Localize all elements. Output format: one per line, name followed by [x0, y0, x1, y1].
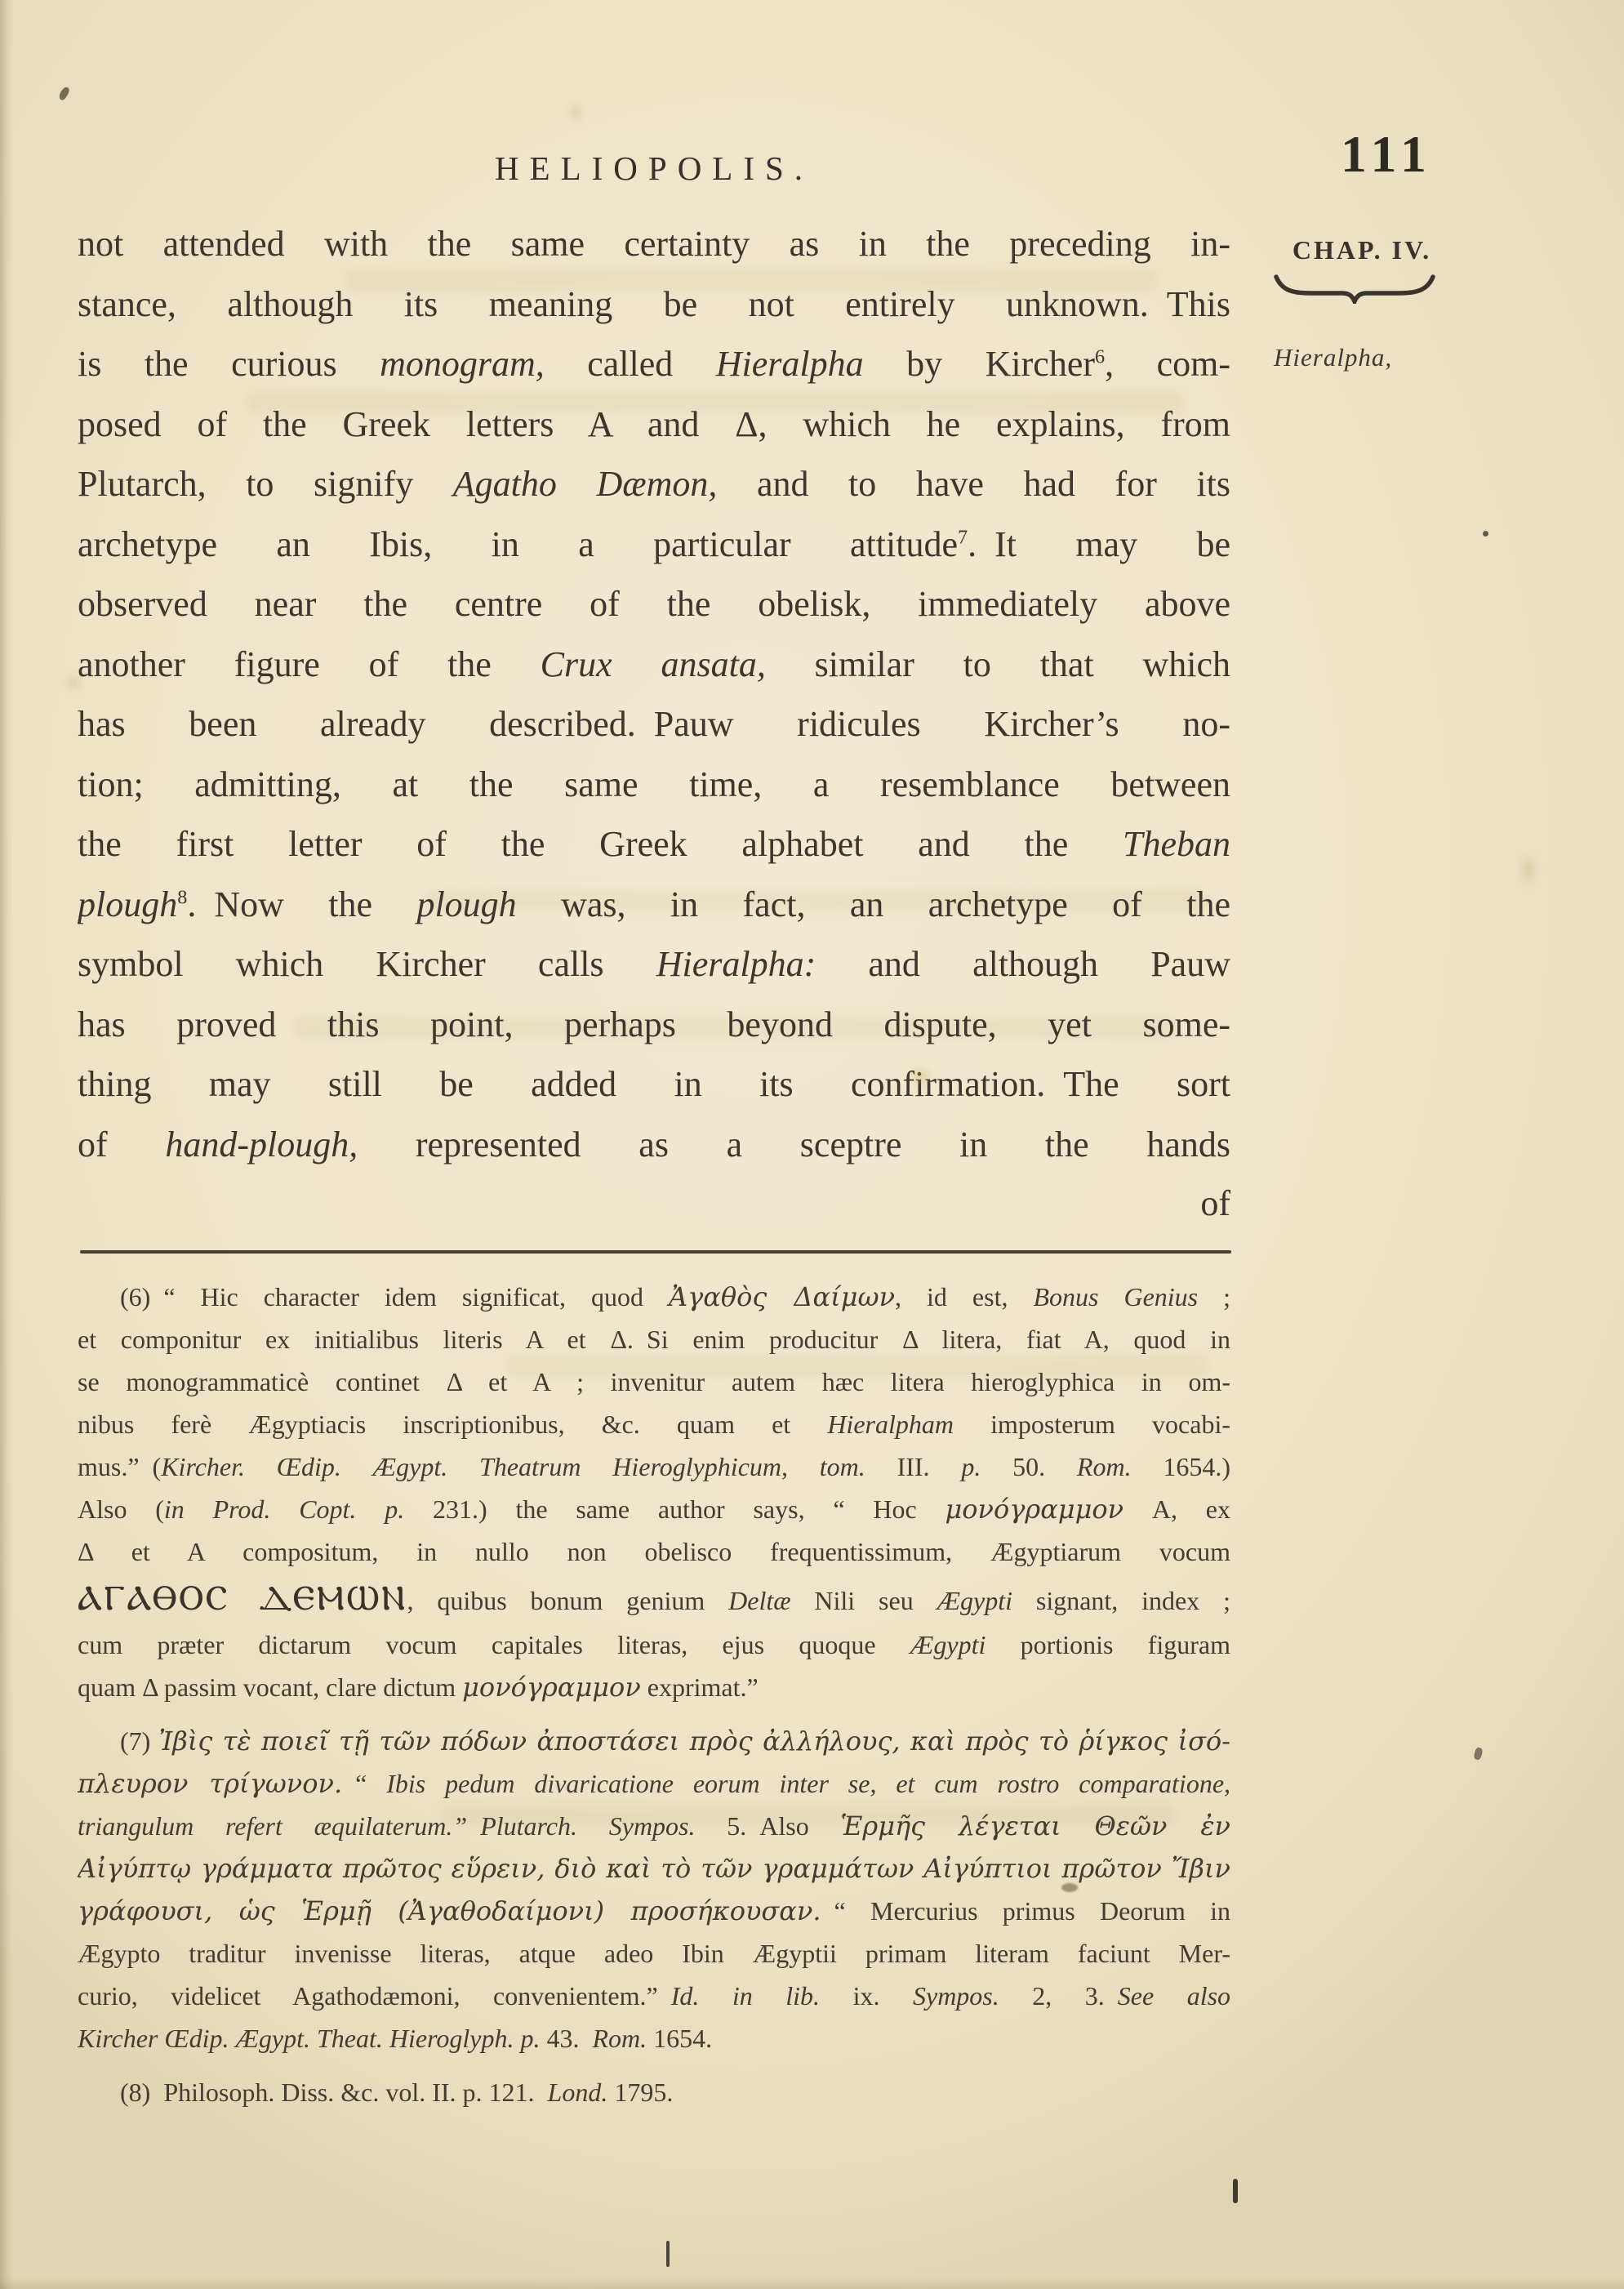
body-line: has proved this point, perhaps beyond di…: [78, 995, 1230, 1055]
text-segment: γράφουσι, ὡς Ἑρμῇ (Ἀγαθοδαίμονι) προσήκο…: [78, 1895, 821, 1926]
footnote-line: et componitur ex initialibus literis A e…: [78, 1318, 1230, 1360]
text-segment: 50.: [981, 1452, 1077, 1481]
body-line: is the curious monogram, called Hieralph…: [78, 334, 1230, 394]
footnote: (6) “ Hic character idem significat, quo…: [78, 1276, 1230, 1708]
body-line: another figure of the Crux ansata, simil…: [78, 635, 1230, 695]
paper-stain: [1524, 857, 1532, 882]
text-segment: tion; admitting, at the same time, a res…: [78, 764, 1230, 804]
body-line: tion; admitting, at the same time, a res…: [78, 755, 1230, 815]
text-segment: (6) “ Hic character idem significat, quo…: [120, 1282, 669, 1311]
ink-speck: [1473, 1747, 1483, 1761]
footnote-line: Ægypto traditur invenisse literas, atque…: [78, 1932, 1230, 1975]
text-segment: in Prod. Copt. p.: [164, 1494, 404, 1524]
text-segment: ;: [1198, 1282, 1230, 1311]
text-segment: Hieralpha: [716, 344, 864, 384]
text-segment: signant, index ;: [1012, 1586, 1230, 1615]
ink-speck: [1483, 531, 1488, 537]
text-segment: the first letter of the Greek alphabet a…: [78, 824, 1123, 864]
ink-speck: [666, 2241, 670, 2267]
text-segment: portionis figuram: [986, 1630, 1230, 1659]
text-segment: 2, 3.: [999, 1981, 1118, 2011]
paper-stain: [914, 1070, 928, 1083]
text-segment: Ἑρμῆς λέγεται Θεῶν ἐν: [840, 1810, 1230, 1841]
scan-edge-shadow: [0, 0, 13, 2289]
footnote-line: curio, videlicet Agathodæmoni, convenien…: [78, 1975, 1230, 2017]
text-segment: has been already described. Pauw ridicul…: [78, 704, 1230, 744]
text-segment: Also (: [78, 1494, 164, 1524]
body-line: archetype an Ibis, in a particular attit…: [78, 514, 1230, 575]
text-segment: III.: [865, 1452, 962, 1481]
margin-note-hieralpha: Hieralpha,: [1274, 343, 1392, 372]
text-segment: ⲀⲄⲀⲐⲞⲤ ⲆⲈⲘⲰⲚ: [78, 1578, 407, 1618]
text-segment: μονόγραμμον: [945, 1494, 1123, 1525]
text-segment: et componitur ex initialibus literis A e…: [78, 1325, 1230, 1354]
text-segment: Ægypti: [910, 1630, 986, 1659]
ink-speck: [57, 86, 71, 101]
text-segment: archetype an Ibis, in a particular attit…: [78, 524, 958, 564]
body-line: stance, although its meaning be not enti…: [78, 274, 1230, 335]
text-segment: posed of the Greek letters A and Δ, whic…: [78, 404, 1230, 444]
text-segment: nibus ferè Ægyptiacis inscriptionibus, &…: [78, 1409, 827, 1439]
text-segment: Nili seu: [791, 1586, 937, 1615]
footnote-line: (6) “ Hic character idem significat, quo…: [78, 1276, 1230, 1318]
text-segment: Rom.: [592, 2024, 647, 2053]
text-segment: “: [342, 1769, 386, 1798]
text-segment: called: [545, 344, 716, 384]
text-segment: not attended with the same certainty as …: [78, 224, 1230, 264]
text-segment: and although Pauw: [816, 944, 1230, 984]
text-segment: 6: [1095, 345, 1105, 367]
chapter-marginal: CHAP. IV.: [1264, 235, 1460, 265]
text-segment: Lond.: [548, 2077, 608, 2107]
text-segment: by Kircher: [864, 344, 1095, 384]
text-segment: cum præter dictarum vocum capitales lite…: [78, 1630, 910, 1659]
text-segment: another figure of the: [78, 644, 541, 684]
body-line: observed near the centre of the obelisk,…: [78, 574, 1230, 635]
text-segment: Plutarch. Sympos.: [480, 1811, 695, 1841]
running-head-title: HELIOPOLIS.: [78, 149, 1230, 188]
text-segment: [467, 1811, 480, 1841]
text-segment: 231.) the same author says, “ Hoc: [404, 1494, 945, 1524]
text-segment: 1654.: [647, 2024, 712, 2053]
footnote-line: Δ et A compositum, in nullo non obelisco…: [78, 1530, 1230, 1573]
footnote-separator-rule: [80, 1250, 1231, 1254]
text-segment: p.: [961, 1452, 981, 1481]
text-segment: Rom.: [1077, 1452, 1132, 1481]
footnotes: (6) “ Hic character idem significat, quo…: [78, 1276, 1230, 2113]
footnote: (8) Philosoph. Diss. &c. vol. II. p. 121…: [78, 2071, 1230, 2113]
body-line: plough8. Now the plough was, in fact, an…: [78, 875, 1230, 935]
text-segment: hand-plough,: [165, 1124, 358, 1165]
text-segment: Theban: [1123, 824, 1230, 864]
text-segment: Ægypti: [937, 1586, 1012, 1615]
body-line: the first letter of the Greek alphabet a…: [78, 814, 1230, 875]
footnote: (7) Ἰβὶς τὲ ποιεῖ τῇ τῶν πόδων ἀποστάσει…: [78, 1720, 1230, 2060]
text-segment: exprimat.”: [641, 1672, 759, 1702]
body-line: thing may still be added in its confirma…: [78, 1054, 1230, 1115]
footnote-line: Also (in Prod. Copt. p. 231.) the same a…: [78, 1488, 1230, 1530]
text-segment: symbol which Kircher calls: [78, 944, 656, 984]
text-segment: Kircher Œdip. Ægypt. Theat. Hieroglyph. …: [78, 2024, 540, 2053]
page-number: 111: [1341, 124, 1433, 185]
text-segment: plough: [78, 884, 177, 924]
footnote-line: nibus ferè Ægyptiacis inscriptionibus, &…: [78, 1403, 1230, 1445]
footnote-line: Αἰγύπτῳ γράμματα πρῶτος εὕρειν, διὸ καὶ …: [78, 1847, 1230, 1890]
paper-stain: [572, 106, 580, 118]
footnote-line: (7) Ἰβὶς τὲ ποιεῖ τῇ τῶν πόδων ἀποστάσει…: [78, 1720, 1230, 1762]
text-segment: of: [78, 1124, 165, 1165]
text-segment: quam Δ passim vocant, clare dictum: [78, 1672, 462, 1702]
ink-smudge: [1061, 1883, 1078, 1892]
footnote-line: πλευρον τρίγωνον. “ Ibis pedum divaricat…: [78, 1762, 1230, 1805]
footnote-line: ⲀⲄⲀⲐⲞⲤ ⲆⲈⲘⲰⲚ, quibus bonum genium Deltæ …: [78, 1573, 1230, 1623]
text-segment: curio, videlicet Agathodæmoni, convenien…: [78, 1981, 671, 2011]
text-segment: Ἰβὶς τὲ ποιεῖ τῇ τῶν πόδων ἀποστάσει πρὸ…: [159, 1726, 1230, 1757]
text-segment: (7): [120, 1726, 159, 1756]
text-segment: se monogrammaticè continet Δ et A ; inve…: [78, 1367, 1230, 1396]
scan-edge-shadow: [0, 2278, 1624, 2289]
text-segment: , quibus bonum genium: [407, 1586, 728, 1615]
text-segment: Αἰγύπτῳ γράμματα πρῶτος εὕρειν, διὸ καὶ …: [78, 1853, 1230, 1884]
text-segment: , id est,: [895, 1282, 1033, 1311]
text-segment: observed near the centre of the obelisk,…: [78, 584, 1230, 624]
text-segment: . Now the: [187, 884, 416, 924]
text-segment: represented as a sceptre in the hands: [358, 1124, 1230, 1165]
text-segment: Bonus Genius: [1033, 1282, 1198, 1311]
text-segment: was, in fact, an archetype of the: [517, 884, 1230, 924]
text-segment: has proved this point, perhaps beyond di…: [78, 1004, 1230, 1044]
body-line: not attended with the same certainty as …: [78, 214, 1230, 274]
text-segment: 7: [958, 526, 968, 548]
text-segment: Hieralpha:: [656, 944, 816, 984]
text-segment: Hieralpham: [827, 1409, 954, 1439]
text-segment: stance, although its meaning be not enti…: [78, 284, 1230, 324]
ink-speck: [1233, 2179, 1238, 2203]
text-segment: is the curious: [78, 344, 380, 384]
text-segment: ix.: [820, 1981, 913, 2011]
text-segment: 5. Also: [696, 1811, 841, 1841]
text-segment: Agatho Dæmon,: [453, 464, 718, 504]
text-segment: monogram,: [380, 344, 545, 384]
chapter-brace-decoration: [1274, 273, 1435, 304]
text-segment: and to have had for its: [717, 464, 1230, 504]
footnote-line: se monogrammaticè continet Δ et A ; inve…: [78, 1360, 1230, 1403]
text-segment: triangulum refert æquilaterum.”: [78, 1811, 467, 1841]
text-segment: (8) Philosoph. Diss. &c. vol. II. p. 121…: [120, 2077, 548, 2107]
body-line: symbol which Kircher calls Hieralpha: an…: [78, 934, 1230, 995]
text-segment: 43.: [540, 2024, 592, 2053]
text-segment: “ Mercurius primus Deorum in: [821, 1896, 1230, 1926]
text-segment: plough: [416, 884, 516, 924]
text-segment: Ἀγαθὸς Δαίμων: [669, 1281, 895, 1312]
text-segment: Ibis pedum divaricatione eorum inter se,…: [386, 1769, 1230, 1798]
catchword: of: [78, 1174, 1230, 1233]
text-segment: thing may still be added in its confirma…: [78, 1064, 1230, 1104]
footnote-line: cum præter dictarum vocum capitales lite…: [78, 1623, 1230, 1666]
body-line: Plutarch, to signify Agatho Dæmon, and t…: [78, 454, 1230, 514]
text-segment: 1795.: [607, 2077, 673, 2107]
footnote-line: triangulum refert æquilaterum.” Plutarch…: [78, 1805, 1230, 1847]
footnote-line: quam Δ passim vocant, clare dictum μονόγ…: [78, 1666, 1230, 1708]
text-segment: μονόγραμμον: [462, 1672, 641, 1703]
body-line: of hand-plough, represented as a sceptre…: [78, 1115, 1230, 1175]
text-segment: A, ex: [1123, 1494, 1230, 1524]
text-segment: πλευρον τρίγωνον.: [78, 1768, 342, 1799]
text-segment: . It may be: [968, 524, 1230, 564]
text-segment: Kircher. Œdip. Ægypt. Theatrum Hieroglyp…: [161, 1452, 865, 1481]
footnote-line: (8) Philosoph. Diss. &c. vol. II. p. 121…: [78, 2071, 1230, 2113]
text-segment: See also: [1118, 1981, 1230, 2011]
text-segment: similar to that which: [766, 644, 1230, 684]
book-page: HELIOPOLIS. 111 CHAP. IV. Hieralpha, not…: [0, 0, 1624, 2289]
text-segment: Id. in lib.: [671, 1981, 820, 2011]
text-segment: Sympos.: [913, 1981, 999, 2011]
text-segment: 8: [177, 886, 187, 908]
text-segment: Ægypto traditur invenisse literas, atque…: [78, 1939, 1230, 1968]
text-segment: Δ et A compositum, in nullo non obelisco…: [78, 1537, 1230, 1566]
footnote-line: γράφουσι, ὡς Ἑρμῇ (Ἀγαθοδαίμονι) προσήκο…: [78, 1890, 1230, 1932]
body-line: posed of the Greek letters A and Δ, whic…: [78, 394, 1230, 455]
text-segment: , com-: [1105, 344, 1230, 384]
body-text: not attended with the same certainty as …: [78, 214, 1230, 1174]
body-line: has been already described. Pauw ridicul…: [78, 694, 1230, 755]
text-segment: Crux ansata,: [541, 644, 766, 684]
text-segment: Plutarch, to signify: [78, 464, 453, 504]
footnote-line: mus.” (Kircher. Œdip. Ægypt. Theatrum Hi…: [78, 1445, 1230, 1488]
text-segment: Deltæ: [728, 1586, 790, 1615]
text-segment: imposterum vocabi-: [954, 1409, 1230, 1439]
text-segment: 1654.): [1132, 1452, 1230, 1481]
text-segment: mus.” (: [78, 1452, 161, 1481]
paper-stain: [69, 678, 78, 688]
footnote-line: Kircher Œdip. Ægypt. Theat. Hieroglyph. …: [78, 2017, 1230, 2060]
